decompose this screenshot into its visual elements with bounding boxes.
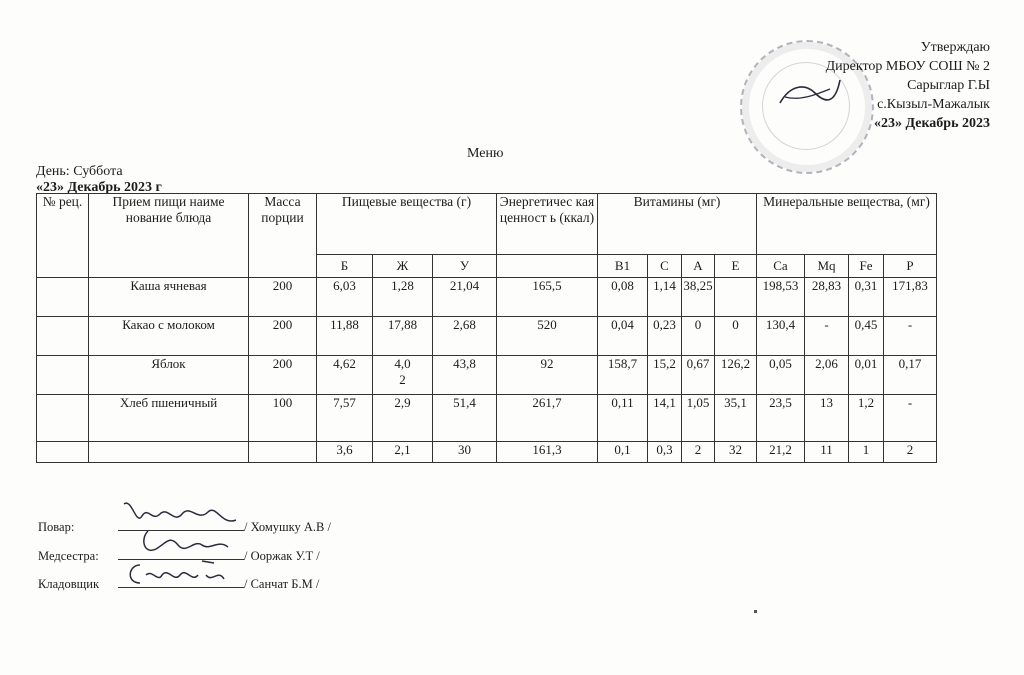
approval-block: Утверждаю Директор МБОУ СОШ № 2 Сарыглар… [826,38,990,133]
signature-storekeeper: Кладовщик/ Санчат Б.М / [38,575,319,592]
cell-p: 0,17 [884,356,937,395]
cell-energy: 165,5 [497,278,598,317]
signature-role: Повар: [38,520,118,535]
cell-c: 0,3 [648,442,682,463]
cell-dish: Хлеб пшеничный [89,395,249,442]
cell-a: 2 [682,442,715,463]
subheader-p: P [884,255,937,278]
cell-mg: 13 [805,395,849,442]
cell-fat: 4,02 [373,356,433,395]
signature-role: Медсестра: [38,549,118,564]
cell-fe: 0,31 [849,278,884,317]
cell-mg: - [805,317,849,356]
approval-director: Директор МБОУ СОШ № 2 [826,57,990,76]
cell-carbs: 43,8 [433,356,497,395]
cell-energy: 520 [497,317,598,356]
cell-p: - [884,317,937,356]
cell-a: 0,67 [682,356,715,395]
cell-fat: 2,9 [373,395,433,442]
cell-carbs: 2,68 [433,317,497,356]
cell-c: 15,2 [648,356,682,395]
cell-protein: 11,88 [317,317,373,356]
cell-c: 14,1 [648,395,682,442]
cell-fat: 2,1 [373,442,433,463]
cell-energy: 261,7 [497,395,598,442]
header-vitamins: Витамины (мг) [598,194,757,255]
cell-recipe [37,317,89,356]
cell-b1: 0,11 [598,395,648,442]
cell-mass: 200 [249,317,317,356]
cell-c: 1,14 [648,278,682,317]
cell-ca: 198,53 [757,278,805,317]
cell-fat: 17,88 [373,317,433,356]
subheader-mg: Mq [805,255,849,278]
subheader-e: E [715,255,757,278]
cell-protein: 4,62 [317,356,373,395]
table-row: Яблок 200 4,62 4,02 43,8 92 158,7 15,2 0… [37,356,937,395]
cell-mg: 2,06 [805,356,849,395]
cell-a: 38,25 [682,278,715,317]
cell-p: - [884,395,937,442]
signature-line [118,575,244,588]
subheader-protein: Б [317,255,373,278]
cell-e: 0 [715,317,757,356]
cell-dish [89,442,249,463]
cell-protein: 3,6 [317,442,373,463]
cell-mg: 28,83 [805,278,849,317]
cell-fe: 1 [849,442,884,463]
subheader-energy [497,255,598,278]
menu-table: № рец. Прием пищи наиме нование блюда Ма… [36,193,937,463]
cell-ca: 21,2 [757,442,805,463]
cell-mass: 100 [249,395,317,442]
cell-a: 0 [682,317,715,356]
header-minerals: Минеральные вещества, (мг) [757,194,937,255]
cell-dish: Какао с молоком [89,317,249,356]
scan-speck [754,610,757,613]
cell-b1: 0,04 [598,317,648,356]
table-row: Каша ячневая 200 6,03 1,28 21,04 165,5 0… [37,278,937,317]
cell-carbs: 21,04 [433,278,497,317]
cell-fe: 0,45 [849,317,884,356]
subheader-carbs: У [433,255,497,278]
cell-protein: 6,03 [317,278,373,317]
header-recipe-no: № рец. [37,194,89,278]
cell-mg: 11 [805,442,849,463]
subheader-fe: Fe [849,255,884,278]
cell-mass: 200 [249,356,317,395]
subheader-a: A [682,255,715,278]
cell-b1: 158,7 [598,356,648,395]
subheader-c: C [648,255,682,278]
cell-recipe [37,278,89,317]
cell-b1: 0,08 [598,278,648,317]
signature-role: Кладовщик [38,577,118,592]
cell-c: 0,23 [648,317,682,356]
page-title: Меню [467,146,503,162]
menu-day: День: Суббота [36,164,123,180]
cell-b1: 0,1 [598,442,648,463]
cell-fe: 1,2 [849,395,884,442]
cell-recipe [37,356,89,395]
cell-dish: Яблок [89,356,249,395]
cell-energy: 92 [497,356,598,395]
signature-name: / Санчат Б.М / [244,577,319,591]
subheader-b1: B1 [598,255,648,278]
cell-e [715,278,757,317]
cell-p: 171,83 [884,278,937,317]
cell-ca: 23,5 [757,395,805,442]
subheader-fat: Ж [373,255,433,278]
table-row: Какао с молоком 200 11,88 17,88 2,68 520… [37,317,937,356]
subheader-ca: Ca [757,255,805,278]
cell-e: 32 [715,442,757,463]
approval-heading: Утверждаю [826,38,990,57]
cell-energy: 161,3 [497,442,598,463]
cell-carbs: 30 [433,442,497,463]
cell-mass [249,442,317,463]
cell-ca: 0,05 [757,356,805,395]
approval-place: с.Кызыл-Мажалык [826,95,990,114]
signature-name: / Ооржак У.Т / [244,549,320,563]
table-row-totals: 3,6 2,1 30 161,3 0,1 0,3 2 32 21,2 11 1 … [37,442,937,463]
approval-date: «23» Декабрь 2023 [826,114,990,133]
cell-recipe [37,395,89,442]
header-dish: Прием пищи наиме нование блюда [89,194,249,278]
signature-name: / Хомушку А.В / [244,520,331,534]
cell-ca: 130,4 [757,317,805,356]
table-row: Хлеб пшеничный 100 7,57 2,9 51,4 261,7 0… [37,395,937,442]
cell-p: 2 [884,442,937,463]
handwritten-signature-icon [118,553,244,589]
header-nutrients: Пищевые вещества (г) [317,194,497,255]
header-mass: Масса порции [249,194,317,278]
cell-dish: Каша ячневая [89,278,249,317]
cell-carbs: 51,4 [433,395,497,442]
cell-a: 1,05 [682,395,715,442]
cell-fe: 0,01 [849,356,884,395]
cell-protein: 7,57 [317,395,373,442]
header-energy: Энергетичес кая ценност ь (ккал) [497,194,598,255]
cell-e: 126,2 [715,356,757,395]
cell-e: 35,1 [715,395,757,442]
cell-mass: 200 [249,278,317,317]
cell-fat: 1,28 [373,278,433,317]
approval-name: Сарыглар Г.Ы [826,76,990,95]
cell-recipe [37,442,89,463]
